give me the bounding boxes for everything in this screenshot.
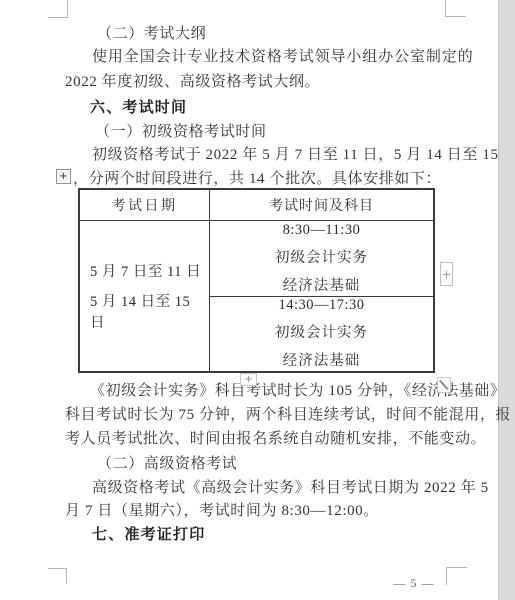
session-subject: 初级会计实务	[275, 321, 368, 342]
paragraph-line: 高级资格考试《高级会计实务》科目考试日期为 2022 年 5	[92, 480, 489, 497]
session-subject: 初级会计实务	[275, 246, 368, 267]
document-page: （二）考试大纲 使用全国会计专业技术资格考试领导小组办公室制定的 2022 年度…	[0, 0, 515, 600]
table-insert-handle-icon[interactable]: +	[440, 262, 453, 286]
session-subject: 经济法基础	[283, 349, 361, 370]
text-boundary-mark-top-left	[48, 0, 68, 18]
text-boundary-mark-top-right	[445, 0, 466, 17]
afternoon-session-cell: 14:30—17:30 初级会计实务 经济法基础	[210, 297, 433, 372]
exam-date-line: 5 月 7 日至 11 日	[90, 260, 209, 281]
paragraph-line: 初级资格考试于 2022 年 5 月 7 日至 11 日，5 月 14 日至 1…	[92, 147, 499, 164]
session-time: 8:30—11:30	[283, 222, 361, 239]
paragraph-line: 使用全国会计专业技术资格考试领导小组办公室制定的	[92, 49, 474, 66]
table-body-row: 5 月 7 日至 11 日 5 月 14 日至 15 日 8:30—11:30 …	[80, 221, 433, 371]
exam-schedule-table: 考试日期 考试时间及科目 5 月 7 日至 11 日 5 月 14 日至 15 …	[78, 188, 435, 373]
table-header-row: 考试日期 考试时间及科目	[80, 190, 433, 221]
exam-date-line: 5 月 14 日至 15 日	[90, 290, 209, 332]
session-time: 14:30—17:30	[278, 297, 364, 314]
morning-session-cell: 8:30—11:30 初级会计实务 经济法基础	[210, 221, 433, 297]
table-resize-handle-icon[interactable]	[437, 377, 451, 393]
sessions-column: 8:30—11:30 初级会计实务 经济法基础 14:30—17:30 初级会计…	[209, 221, 433, 371]
subheading-junior-exam-time: （一）初级资格考试时间	[95, 124, 267, 141]
workspace-background	[498, 0, 515, 600]
exam-date-cell: 5 月 7 日至 11 日 5 月 14 日至 15 日	[80, 221, 209, 371]
subheading-senior-exam: （二）高级资格考试	[97, 456, 237, 473]
paragraph-line: 科目考试时长为 75 分钟，两个科目连续考试，时间不能混用，报	[65, 407, 511, 424]
page-number: — 5 —	[393, 576, 435, 591]
anchor-plus-icon[interactable]: +	[240, 373, 257, 386]
table-move-handle-icon[interactable]: +	[56, 169, 71, 184]
header-exam-time-subject: 考试时间及科目	[209, 190, 433, 220]
paragraph-line: ，分两个时间段进行，共 14 个批次。具体安排如下：	[73, 171, 441, 188]
text-boundary-mark-bottom-right	[446, 567, 467, 585]
paragraph-line: 考人员考试批次、时间由报名系统自动随机安排，不能变动。	[65, 431, 486, 448]
section-heading-exam-time: 六、考试时间	[90, 99, 187, 116]
header-exam-date: 考试日期	[80, 190, 209, 220]
subheading-exam-outline: （二）考试大纲	[97, 26, 206, 43]
text-boundary-mark-bottom-left	[48, 568, 67, 584]
diagonal-resize-line	[439, 380, 448, 390]
paragraph-line: 2022 年度初级、高级资格考试大纲。	[65, 74, 320, 91]
paragraph-line: 月 7 日（星期六），考试时间为 8:30—12:00。	[65, 503, 379, 520]
session-subject: 经济法基础	[283, 274, 361, 295]
section-heading-ticket-print: 七、准考证打印	[92, 526, 205, 543]
